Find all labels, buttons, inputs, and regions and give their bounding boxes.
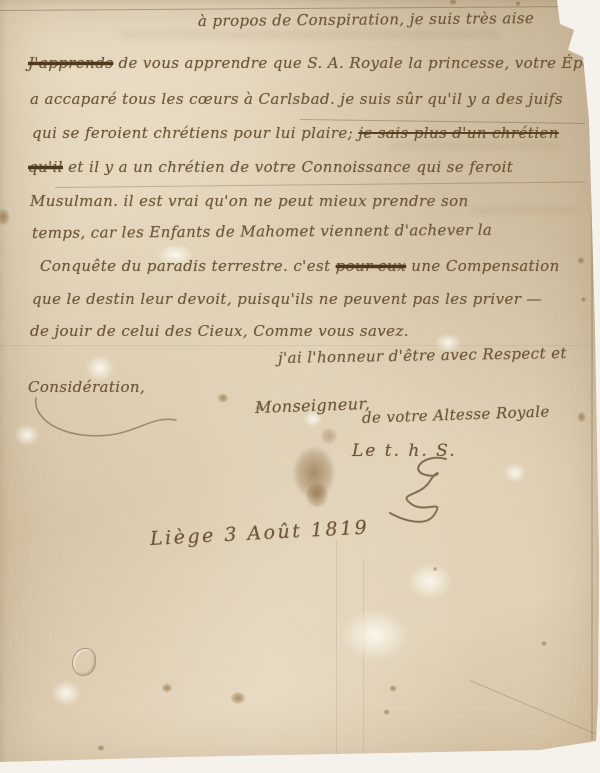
blind-stamp-icon: [72, 648, 96, 676]
paper-highlight: [500, 460, 530, 486]
stain: [302, 478, 332, 512]
stain: [216, 392, 230, 404]
scanned-letter-background: { "letter": { "body_lines": [ {"segments…: [0, 0, 600, 773]
line-text: de jouir de celui des Cieux, Comme vous …: [30, 322, 409, 340]
paper-edge-shadow: [591, 60, 593, 740]
stain: [448, 0, 458, 6]
letter-line: qu'il et il y a un chrétien de votre Con…: [28, 158, 513, 176]
letter-line: à propos de Conspiration, je suis très a…: [198, 9, 534, 30]
line-text: Conquête du paradis terrestre. c'est: [40, 257, 336, 275]
salutation: Monseigneur,: [255, 394, 371, 417]
line-text: que le destin leur devoit, puisqu'ils ne…: [32, 290, 542, 308]
paper-highlight: [330, 600, 420, 670]
stain: [160, 682, 174, 694]
paper-highlight: [46, 676, 86, 710]
line-text: qui se feroient chrétiens pour lui plair…: [32, 124, 358, 142]
line-text: de vous apprendre que S. A. Royale la pr…: [113, 54, 600, 72]
line-text: et il y a un chrétien de votre Connoissa…: [63, 158, 513, 176]
stain: [540, 640, 548, 647]
stain: [388, 684, 398, 693]
struck-text: pour eux: [336, 257, 406, 275]
stain: [228, 690, 248, 706]
line-text: une Compensation: [406, 257, 560, 275]
stain: [382, 708, 391, 716]
closing-line: j'ai l'honneur d'être avec Respect et: [278, 344, 567, 367]
letter-line: Musulman. il est vrai qu'on ne peut mieu…: [30, 192, 469, 210]
letter-line: que le destin leur devoit, puisqu'ils ne…: [32, 290, 542, 308]
letter-line: temps, car les Enfants de Mahomet vienne…: [32, 221, 492, 242]
stain: [576, 256, 586, 265]
struck-text: je sais plus d'un chrétien: [358, 124, 558, 142]
letter-line: de jouir de celui des Cieux, Comme vous …: [30, 322, 409, 340]
signature-paraph-icon: [380, 455, 470, 525]
line-text: Musulman. il est vrai qu'on ne peut mieu…: [30, 192, 469, 210]
letter-line: Conquête du paradis terrestre. c'est pou…: [40, 257, 560, 275]
line-text: a accaparé tous les cœurs à Carlsbad. je…: [30, 90, 563, 108]
ink-showthrough: [120, 30, 500, 39]
pen-underline: [55, 181, 585, 188]
fold-line: [470, 680, 600, 736]
line-text: temps, car les Enfants de Mahomet vienne…: [32, 221, 492, 242]
stain: [0, 206, 12, 228]
ink-showthrough: [390, 142, 560, 150]
struck-text: qu'il: [28, 158, 63, 176]
letter-line: J'apprends de vous apprendre que S. A. R…: [28, 54, 600, 72]
line-text: à propos de Conspiration, je suis très a…: [198, 9, 534, 30]
closing-line: de votre Altesse Royale: [362, 402, 550, 427]
pen-flourish-icon: [30, 392, 180, 447]
struck-text: J'apprends: [28, 54, 113, 72]
letter-line: a accaparé tous les cœurs à Carlsbad. je…: [30, 90, 563, 108]
letter-page: à propos de Conspiration, je suis très a…: [0, 0, 600, 773]
ink-showthrough: [470, 206, 580, 214]
stain: [580, 296, 587, 303]
stain: [318, 425, 340, 447]
stain: [432, 566, 438, 572]
stain: [96, 744, 106, 752]
stain: [576, 410, 587, 424]
letter-line: qui se feroient chrétiens pour lui plair…: [32, 124, 559, 142]
stain: [514, 0, 522, 7]
paper-highlight: [400, 556, 460, 606]
